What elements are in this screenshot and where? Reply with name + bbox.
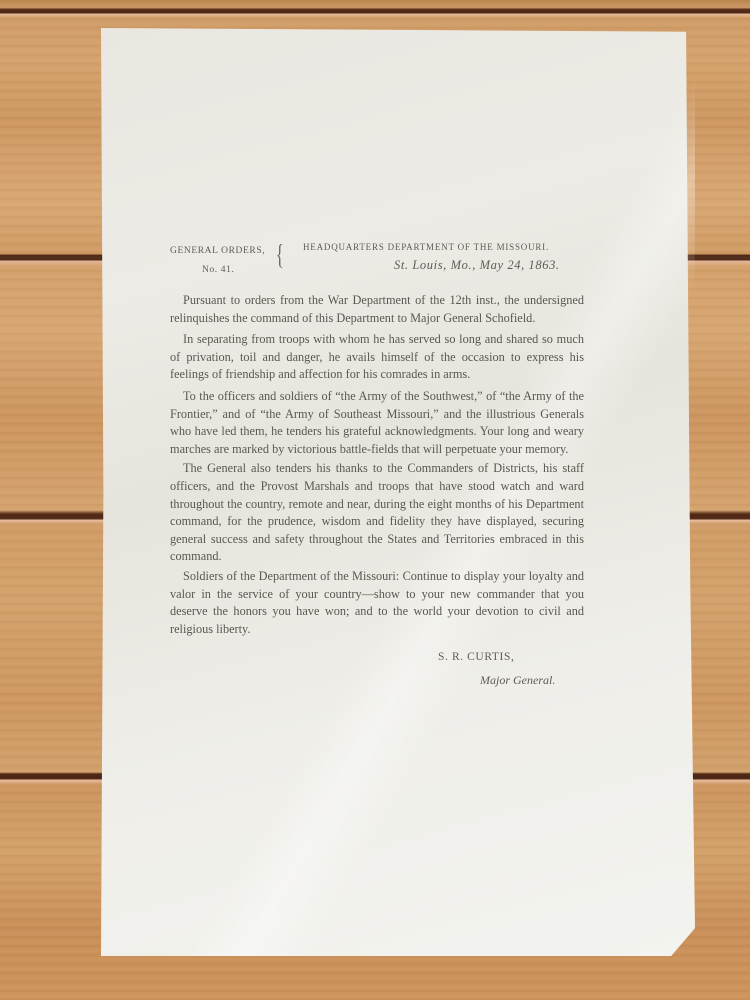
paragraph-thanks: The General also tenders his thanks to t… [170,460,584,566]
paragraph-farewell: In separating from troops with whom he h… [170,331,584,384]
place-and-date: St. Louis, Mo., May 24, 1863. [394,258,560,273]
order-number: No. 41. [202,265,234,275]
signatory-rank: Major General. [480,673,555,688]
paragraph-exhortation: Soldiers of the Department of the Missou… [170,568,584,638]
headquarters-title: HEADQUARTERS DEPARTMENT OF THE MISSOURI. [303,242,549,252]
signature-block: S. R. CURTIS, Major General. [170,646,584,696]
general-orders-document: GENERAL ORDERS, No. 41. { HEADQUARTERS D… [170,240,584,696]
paragraph-relinquish-command: Pursuant to orders from the War Departme… [170,292,584,327]
paragraph-acknowledgments: To the officers and soldiers of “the Arm… [170,388,584,458]
document-header: GENERAL ORDERS, No. 41. { HEADQUARTERS D… [170,240,584,282]
signatory-name: S. R. CURTIS, [438,651,514,663]
orders-label: GENERAL ORDERS, [170,246,265,256]
brace-glyph: { [276,242,284,270]
